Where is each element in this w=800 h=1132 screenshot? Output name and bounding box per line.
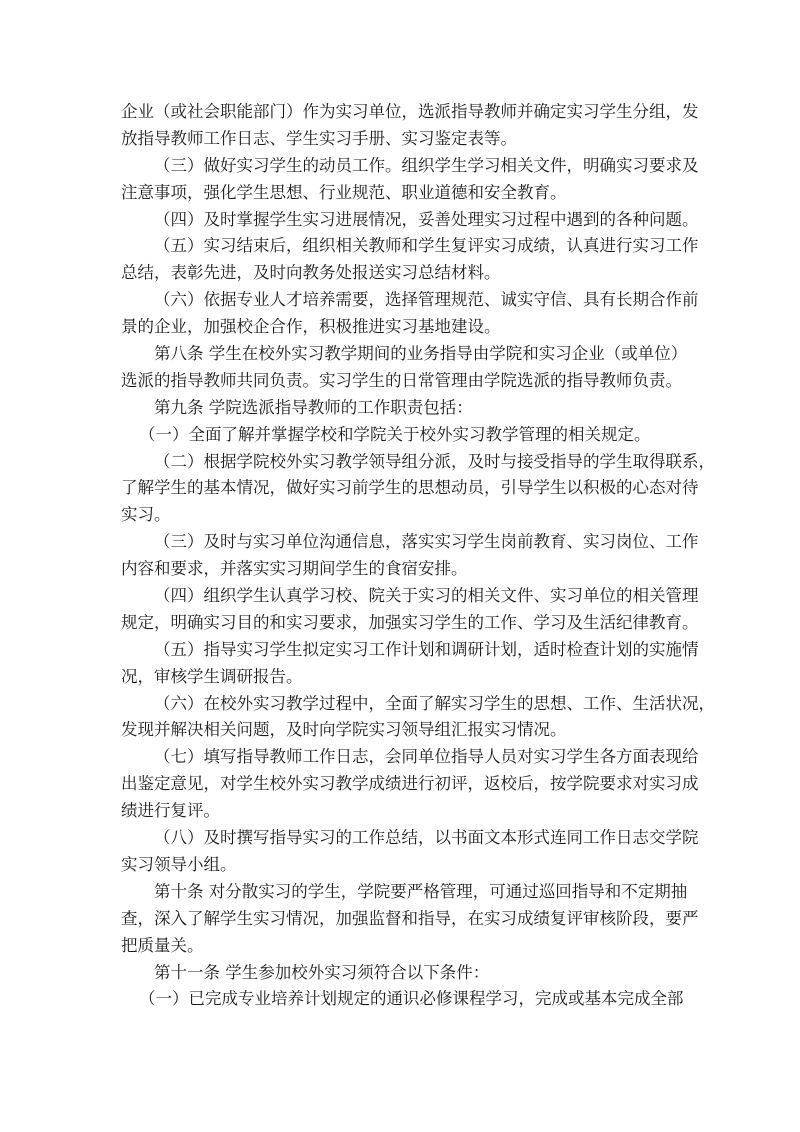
paragraph-line: 企业（或社会职能部门）作为实习单位，选派指导教师并确定实习学生分组，发 xyxy=(121,99,681,126)
paragraph-line: 绩进行复评。 xyxy=(121,798,681,825)
paragraph-line: 第八条 学生在校外实习教学期间的业务指导由学院和实习企业（或单位） xyxy=(121,341,681,368)
paragraph-line: （五）指导实习学生拟定实习工作计划和调研计划，适时检查计划的实施情 xyxy=(121,637,681,664)
paragraph-line: （三）做好实习学生的动员工作。组织学生学习相关文件，明确实习要求及 xyxy=(121,153,681,180)
paragraph-line: （四）组织学生认真学习校、院关于实习的相关文件、实习单位的相关管理 xyxy=(121,583,681,610)
paragraph-line: 把质量关。 xyxy=(121,933,681,960)
paragraph-line: （四）及时掌握学生实习进展情况，妥善处理实习过程中遇到的各种问题。 xyxy=(121,207,681,234)
paragraph-line: 总结，表彰先进，及时向教务处报送实习总结材料。 xyxy=(121,260,681,287)
paragraph-line: 况，审核学生调研报告。 xyxy=(121,664,681,691)
paragraph-line: （七）填写指导教师工作日志，会同单位指导人员对实习学生各方面表现给 xyxy=(121,744,681,771)
paragraph-line: 出鉴定意见，对学生校外实习教学成绩进行初评，返校后，按学院要求对实习成 xyxy=(121,771,681,798)
paragraph-line: 规定，明确实习目的和实习要求，加强实习学生的工作、学习及生活纪律教育。 xyxy=(121,610,681,637)
paragraph-line: 第十一条 学生参加校外实习须符合以下条件： xyxy=(121,960,681,987)
paragraph-line: 注意事项，强化学生思想、行业规范、职业道德和安全教育。 xyxy=(121,180,681,207)
paragraph-line: （八）及时撰写指导实习的工作总结，以书面文本形式连同工作日志交学院 xyxy=(121,825,681,852)
paragraph-line: （二）根据学院校外实习教学领导组分派，及时与接受指导的学生取得联系， xyxy=(121,449,681,476)
paragraph-line: 选派的指导教师共同负责。实习学生的日常管理由学院选派的指导教师负责。 xyxy=(121,368,681,395)
paragraph-line: 景的企业，加强校企合作，积极推进实习基地建设。 xyxy=(121,314,681,341)
paragraph-line: 实习领导小组。 xyxy=(121,852,681,879)
paragraph-line: 实习。 xyxy=(121,502,681,529)
paragraph-line: 内容和要求，并落实实习期间学生的食宿安排。 xyxy=(121,556,681,583)
paragraph-line: （五）实习结束后，组织相关教师和学生复评实习成绩，认真进行实习工作 xyxy=(121,233,681,260)
paragraph-line: 发现并解决相关问题，及时向学院实习领导组汇报实习情况。 xyxy=(121,717,681,744)
paragraph-line: （一）全面了解并掌握学校和学院关于校外实习教学管理的相关规定。 xyxy=(121,422,681,449)
paragraph-line: 放指导教师工作日志、学生实习手册、实习鉴定表等。 xyxy=(121,126,681,153)
paragraph-line: （三）及时与实习单位沟通信息，落实实习学生岗前教育、实习岗位、工作 xyxy=(121,529,681,556)
paragraph-line: （一）已完成专业培养计划规定的通识必修课程学习，完成或基本完成全部 xyxy=(121,986,681,1013)
paragraph-line: 了解学生的基本情况，做好实习前学生的思想动员，引导学生以积极的心态对待 xyxy=(121,475,681,502)
document-page: 企业（或社会职能部门）作为实习单位，选派指导教师并确定实习学生分组，发放指导教师… xyxy=(121,99,681,1013)
paragraph-line: 第九条 学院选派指导教师的工作职责包括： xyxy=(121,395,681,422)
paragraph-line: 查，深入了解学生实习情况，加强监督和指导，在实习成绩复评审核阶段，要严 xyxy=(121,906,681,933)
paragraph-line: 第十条 对分散实习的学生，学院要严格管理，可通过巡回指导和不定期抽 xyxy=(121,879,681,906)
paragraph-line: （六）在校外实习教学过程中，全面了解实习学生的思想、工作、生活状况， xyxy=(121,691,681,718)
paragraph-line: （六）依据专业人才培养需要，选择管理规范、诚实守信、具有长期合作前 xyxy=(121,287,681,314)
